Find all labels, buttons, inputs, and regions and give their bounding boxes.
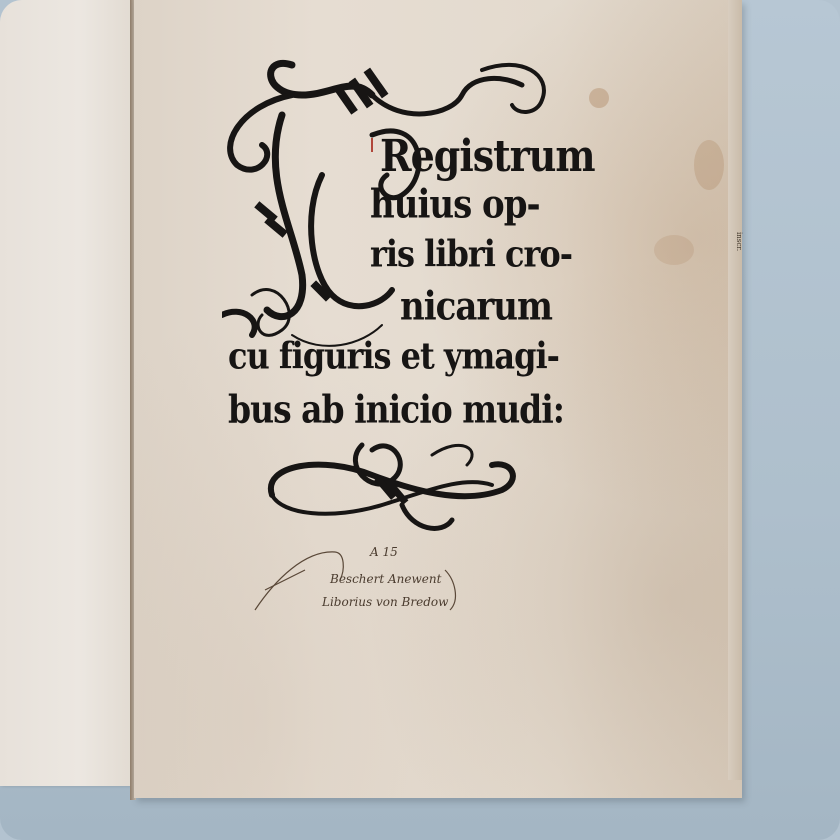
bottom-flourish-ornament — [262, 435, 522, 545]
foxing-stain — [694, 140, 724, 190]
title-line-3: ris libri cro- — [370, 232, 572, 276]
inscription-line-2: Beschert Anewent — [330, 572, 441, 586]
title-line-1: Registrum — [380, 130, 595, 182]
inscription-line-3: Liborius von Bredow — [322, 595, 448, 609]
title-line-6: bus ab inicio mudi: — [228, 387, 564, 432]
foxing-stain — [589, 88, 609, 108]
title-block: Registrum huius op- ris libri cro- nicar… — [222, 55, 572, 545]
photo-frame: inscr. — [0, 0, 840, 840]
inscription-line-1: A 15 — [370, 545, 398, 559]
margin-note: inscr. — [734, 232, 742, 251]
title-line-2: huius op- — [370, 182, 540, 228]
page-edge — [728, 0, 742, 780]
title-line-4: nicarum — [400, 284, 552, 330]
left-book-leaf — [0, 0, 132, 786]
foxing-stain — [654, 235, 694, 265]
title-line-5: cu figuris et ymagi- — [228, 334, 559, 378]
